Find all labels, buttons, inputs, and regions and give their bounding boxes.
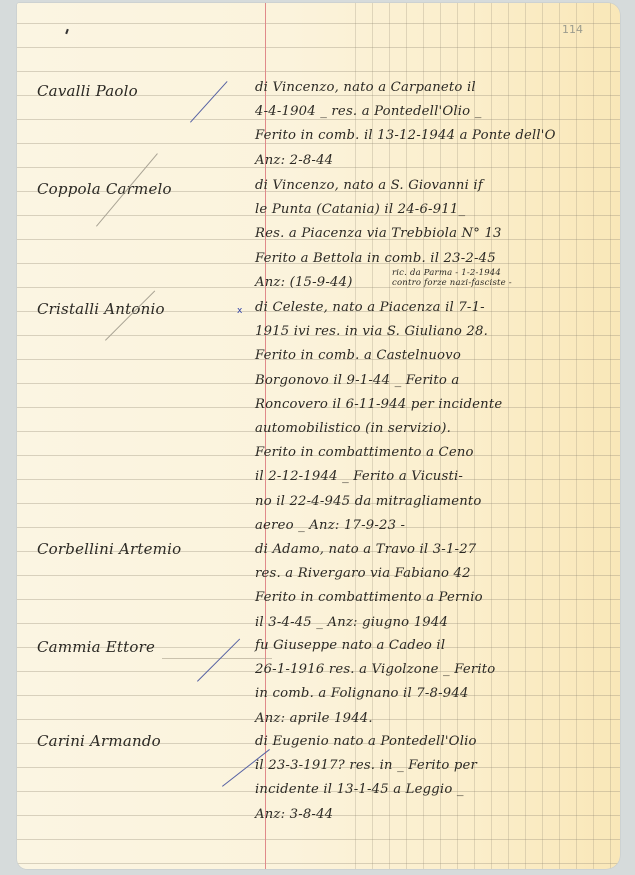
entry-name-coppola-carmelo: Coppola Carmelo [37, 180, 172, 198]
entry-line: in comb. a Folignano il 7-8-944 [255, 682, 605, 706]
entry-line: Ferito in comb. il 13-12-1944 a Ponte de… [255, 124, 605, 148]
annotation-line: contro forze nazi-fasciste - [392, 278, 512, 288]
entry-line: di Eugenio nato a Pontedell'Olio [255, 730, 605, 754]
entry-name-carini-armando: Carini Armando [37, 732, 161, 750]
entry-details-corbellini-artemio: di Adamo, nato a Travo il 3-1-27 res. a … [255, 538, 605, 635]
entry-line: Anz: aprile 1944. [255, 707, 605, 731]
entry-line: no il 22-4-945 da mitragliamento [255, 490, 605, 514]
x-mark: x [237, 306, 242, 316]
entry-line: le Punta (Catania) il 24-6-911_ [255, 198, 605, 222]
entry-line: Ferito in comb. a Castelnuovo [255, 344, 605, 368]
entry-line: Roncovero il 6-11-944 per incidente [255, 393, 605, 417]
entry-line: incidente il 13-1-45 a Leggio _ [255, 778, 605, 802]
entry-line: il 2-12-1944 _ Ferito a Vicusti- [255, 465, 605, 489]
entry-details-cristalli-antonio: di Celeste, nato a Piacenza il 7-1- 1915… [255, 296, 605, 538]
entry-line: automobilistico (in servizio). [255, 417, 605, 441]
entry-name-cammia-ettore: Cammia Ettore [37, 638, 155, 656]
entry-line: res. a Rivergaro via Fabiano 42 [255, 562, 605, 586]
entry-details-cavalli-paolo: di Vincenzo, nato a Carpaneto il 4-4-190… [255, 76, 605, 173]
entry-line: Borgonovo il 9-1-44 _ Ferito a [255, 369, 605, 393]
entry-line: 1915 ivi res. in via S. Giuliano 28. [255, 320, 605, 344]
entry-name-cristalli-antonio: Cristalli Antonio [37, 300, 165, 318]
entry-line: di Vincenzo, nato a S. Giovanni if [255, 174, 605, 198]
entry-line: Ferito in combattimento a Ceno [255, 441, 605, 465]
entry-line: Anz: 3-8-44 [255, 803, 605, 827]
entry-line: di Celeste, nato a Piacenza il 7-1- [255, 296, 605, 320]
page-number: 114 [562, 23, 583, 36]
annotation-line: ric. da Parma - 1-2-1944 [392, 268, 512, 278]
entry-line: 4-4-1904 _ res. a Pontedell'Olio _ [255, 100, 605, 124]
entry-line: di Adamo, nato a Travo il 3-1-27 [255, 538, 605, 562]
entry-line: fu Giuseppe nato a Cadeo il [255, 634, 605, 658]
entry-line: 26-1-1916 res. a Vigolzone _ Ferito [255, 658, 605, 682]
entry-line: di Vincenzo, nato a Carpaneto il [255, 76, 605, 100]
entry-name-cavalli-paolo: Cavalli Paolo [37, 82, 138, 100]
entry-name-corbellini-artemio: Corbellini Artemio [37, 540, 181, 558]
entry-details-carini-armando: di Eugenio nato a Pontedell'Olio il 23-3… [255, 730, 605, 827]
entry-annotation: ric. da Parma - 1-2-1944 contro forze na… [392, 268, 512, 288]
entry-line: Ferito in combattimento a Pernio [255, 586, 605, 610]
entry-line: il 3-4-45 _ Anz: giugno 1944 [255, 611, 605, 635]
entry-details-cammia-ettore: fu Giuseppe nato a Cadeo il 26-1-1916 re… [255, 634, 605, 731]
entry-line: aereo _ Anz: 17-9-23 - [255, 514, 605, 538]
entry-line: Anz: 2-8-44 [255, 149, 605, 173]
entry-line: il 23-3-1917? res. in _ Ferito per [255, 754, 605, 778]
entry-line: Res. a Piacenza via Trebbiola N° 13 [255, 222, 605, 246]
